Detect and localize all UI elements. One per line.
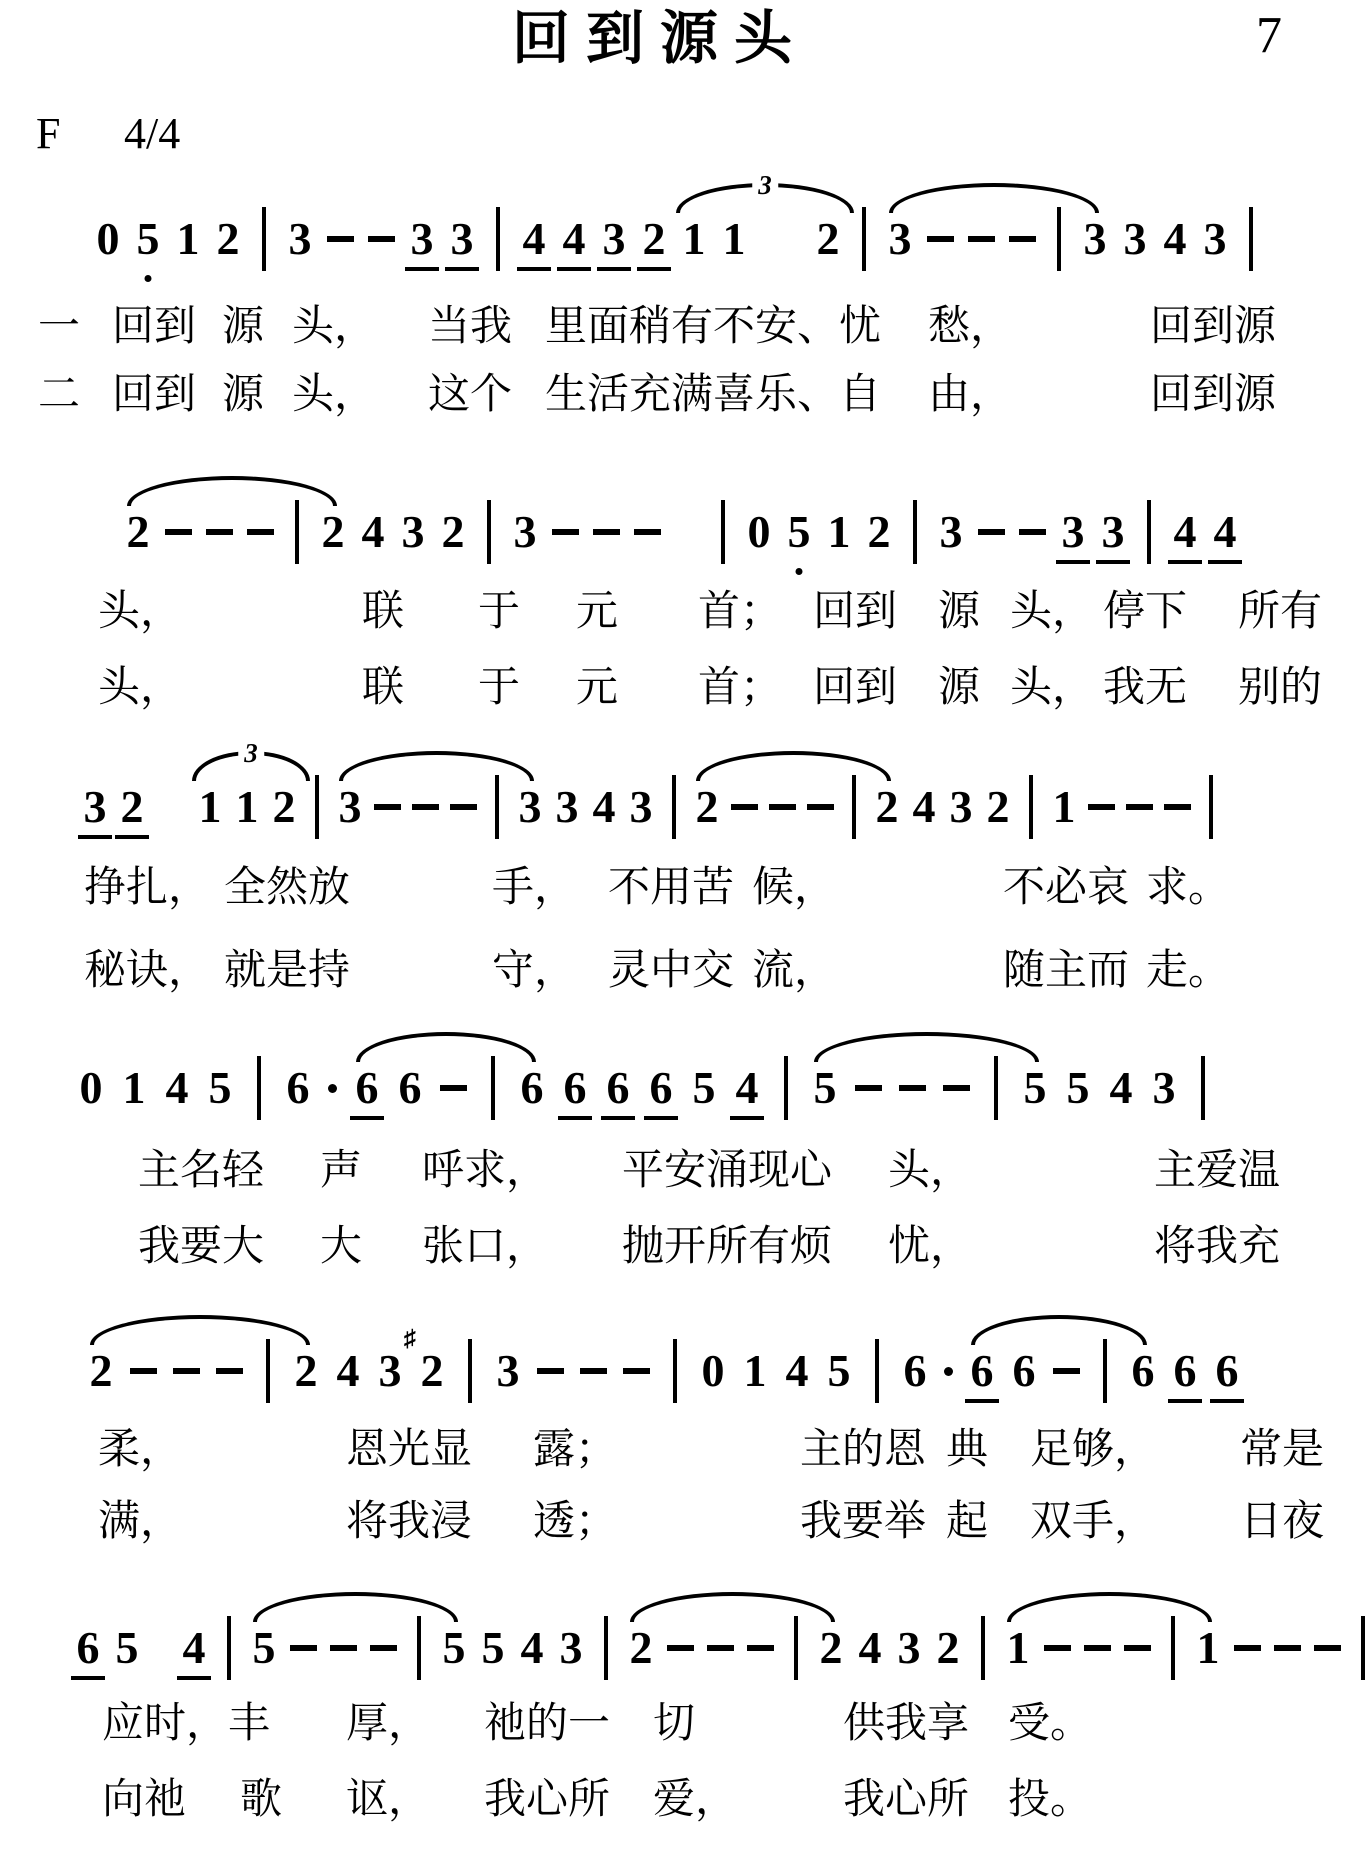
dash-sustain: [330, 1645, 357, 1651]
dash-sustain: [807, 804, 834, 810]
lyric-segment: 歌: [240, 1776, 282, 1824]
tie-arc: [90, 1315, 310, 1345]
lyric-segment: 头，: [292, 303, 376, 351]
note: 3: [512, 506, 538, 558]
barline: [1171, 1616, 1175, 1680]
barline: [1249, 207, 1253, 271]
lyric-segment: 守，: [492, 947, 576, 995]
lyric-segment: 声: [320, 1147, 362, 1195]
note: 1: [121, 1062, 147, 1114]
note: 3: [449, 213, 475, 265]
dash-sustain: [747, 1645, 774, 1651]
lyric-segment: 源: [222, 371, 264, 419]
barline: [784, 1056, 788, 1120]
note: 2: [985, 781, 1011, 833]
lyric-segment: 所有: [1238, 588, 1322, 636]
note: 6: [519, 1062, 545, 1114]
dash-sustain: [623, 1368, 650, 1374]
spacer: [761, 239, 801, 240]
note: 5: [786, 506, 812, 558]
notation-line-2: 224323051233344: [125, 506, 1238, 558]
note: 1: [1051, 781, 1077, 833]
lyric-segment: 愁，: [928, 303, 1012, 351]
lyric-segment: 就是持: [224, 947, 350, 995]
dash-sustain: [943, 1085, 970, 1091]
note: 2: [694, 781, 720, 833]
note: 0: [746, 506, 772, 558]
note: 3: [1202, 213, 1228, 265]
lyric-segment: 头，: [1010, 588, 1094, 636]
dash-sustain: [580, 1368, 607, 1374]
tie-arc: [1007, 1592, 1212, 1622]
lyric-segment: 起: [946, 1498, 988, 1546]
barline: [1201, 1056, 1205, 1120]
note: 3: [601, 213, 627, 265]
note: 3: [938, 506, 964, 558]
lyric-segment: 我心所: [484, 1776, 610, 1824]
note: 3: [409, 213, 435, 265]
lyric-segment: 将我浸: [346, 1498, 472, 1546]
dash-sustain: [731, 804, 758, 810]
lyric-segment: 柔，: [98, 1426, 182, 1474]
note: 5: [691, 1062, 717, 1114]
lyric-line-2-verse-2: 头，联于元首；回到源头，我无别的: [0, 664, 1365, 716]
lyric-line-5-verse-1: 柔，恩光显露；主的恩典足够，常是: [0, 1426, 1365, 1478]
note: 4: [164, 1062, 190, 1114]
note: 3: [628, 781, 654, 833]
lyric-line-4-verse-1: 主名轻声呼求，平安涌现心头，主爱温: [0, 1147, 1365, 1199]
lyric-segment: 源: [938, 588, 980, 636]
note: 0: [700, 1345, 726, 1397]
key-signature: F: [36, 112, 60, 156]
note: 5: [207, 1062, 233, 1114]
dash-sustain: [552, 529, 579, 535]
note: 5: [480, 1622, 506, 1674]
lyric-segment: 双手，: [1030, 1498, 1156, 1546]
note: 6: [1172, 1345, 1198, 1397]
barline: [1103, 1339, 1107, 1403]
dash-sustain: [978, 529, 1005, 535]
lyric-segment: 停下: [1103, 588, 1187, 636]
lyric-segment: 我心所: [843, 1776, 969, 1824]
note: 5: [114, 1622, 140, 1674]
note: 4: [734, 1062, 760, 1114]
dash-sustain: [206, 529, 233, 535]
triplet-number: 3: [238, 740, 264, 767]
lyric-segment: 挣扎，: [84, 864, 210, 912]
barline: [862, 207, 866, 271]
lyric-segment: 应时，丰: [102, 1700, 270, 1748]
note: 2: [119, 781, 145, 833]
note: 0: [78, 1062, 104, 1114]
note: 1: [197, 781, 223, 833]
note: 1: [1195, 1622, 1221, 1674]
note: 2: [628, 1622, 654, 1674]
note: 2: [935, 1622, 961, 1674]
dash-sustain: [327, 236, 354, 242]
notation-line-6: 654555432243211: [75, 1622, 1365, 1674]
note: 4: [1162, 213, 1188, 265]
dash-sustain: [1019, 529, 1046, 535]
dash-sustain: [370, 1645, 397, 1651]
note: 2: [125, 506, 151, 558]
lyric-segment: 回到: [813, 664, 897, 712]
barline: [495, 775, 499, 839]
lyric-line-3-verse-2: 秘诀，就是持守，灵中交流，随主而走。: [0, 947, 1365, 999]
note: 4: [360, 506, 386, 558]
note: 6: [605, 1062, 631, 1114]
dash-sustain: [927, 236, 954, 242]
lyric-segment: 流，: [752, 947, 836, 995]
lyric-segment: 回到源: [1150, 371, 1276, 419]
notation-line-5: 22432♯30145666666: [88, 1345, 1240, 1397]
note: 3: [1060, 506, 1086, 558]
note: 6: [75, 1622, 101, 1674]
note: 4: [335, 1345, 361, 1397]
lyric-segment: 平安涌现心: [622, 1147, 832, 1195]
lyric-segment: 头，: [98, 588, 182, 636]
note: 6: [1214, 1345, 1240, 1397]
lyric-segment: 源: [938, 664, 980, 712]
dash-sustain: [1234, 1645, 1261, 1651]
note: 2: [866, 506, 892, 558]
barline: [468, 1339, 472, 1403]
dash-sustain: [1053, 1368, 1080, 1374]
note: 4: [561, 213, 587, 265]
note: 5: [1065, 1062, 1091, 1114]
lyric-segment: 透；: [533, 1498, 617, 1546]
dash-sustain: [1084, 1645, 1111, 1651]
note: 4: [911, 781, 937, 833]
lyric-segment: 候，: [752, 864, 836, 912]
lyric-segment: 头，: [888, 1147, 972, 1195]
lyric-segment: 走。: [1146, 947, 1230, 995]
dash-sustain: [1314, 1645, 1341, 1651]
lyric-segment: 供我享: [843, 1700, 969, 1748]
note: 6: [1011, 1345, 1037, 1397]
lyric-line-3-verse-1: 挣扎，全然放手，不用苦候，不必哀求。: [0, 864, 1365, 916]
dash-sustain: [450, 804, 477, 810]
song-title: 回到源头: [0, 6, 1320, 73]
note: 4: [591, 781, 617, 833]
page-number: 7: [1256, 10, 1282, 62]
note: 4: [1108, 1062, 1134, 1114]
dash-sustain: [290, 1645, 317, 1651]
barline: [981, 1616, 985, 1680]
lyric-segment: 回到: [112, 371, 196, 419]
lyric-segment: 元: [576, 588, 618, 636]
note: 2: [293, 1345, 319, 1397]
dash-sustain: [769, 804, 796, 810]
lyric-segment: 头，: [98, 664, 182, 712]
note: 6: [354, 1062, 380, 1114]
lyric-segment: 忧，: [888, 1223, 972, 1271]
dash-sustain: [1274, 1645, 1301, 1651]
time-signature: 4/4: [124, 112, 180, 156]
lyric-segment: 恩光显: [346, 1426, 472, 1474]
barline: [1209, 775, 1213, 839]
note: 6: [648, 1062, 674, 1114]
note: 3: [948, 781, 974, 833]
note: 3: [1100, 506, 1126, 558]
dash-sustain: [368, 236, 395, 242]
lyric-segment: 回到: [112, 303, 196, 351]
tie-arc: [339, 751, 534, 781]
note: 3: [400, 506, 426, 558]
note: 1: [826, 506, 852, 558]
note: 6: [969, 1345, 995, 1397]
barline: [496, 207, 500, 271]
lyric-segment: 全然放: [224, 864, 350, 912]
note: 2: [320, 506, 346, 558]
spacer: [153, 1648, 168, 1649]
lyric-segment: 求。: [1146, 864, 1230, 912]
note: 3: [896, 1622, 922, 1674]
note: 1: [234, 781, 260, 833]
lyric-segment: 常是: [1240, 1426, 1324, 1474]
lyric-segment: 里面稍有不安、忧: [545, 303, 881, 351]
notation-line-1: 05123334432112333433: [95, 213, 1260, 265]
note: 5: [135, 213, 161, 265]
final-barline: [1361, 1616, 1365, 1680]
tie-arc: [696, 751, 891, 781]
lyric-line-5-verse-2: 满，将我浸透；我要举起双手，日夜: [0, 1498, 1365, 1550]
note: 3: [558, 1622, 584, 1674]
sharp-icon: ♯: [404, 1327, 416, 1351]
note: 3: [82, 781, 108, 833]
dash-sustain: [968, 236, 995, 242]
lyric-segment: 不用苦: [608, 864, 734, 912]
lyric-segment: 手，: [492, 864, 576, 912]
note: 3: [887, 213, 913, 265]
lyric-segment: 张口，: [422, 1223, 548, 1271]
dash-sustain: [1088, 804, 1115, 810]
note: 5: [812, 1062, 838, 1114]
lyric-segment: 爱，: [653, 1776, 737, 1824]
barline: [875, 1339, 879, 1403]
lyric-segment: 秘诀，: [84, 947, 210, 995]
lyric-line-6-verse-2: 向祂歌讴，我心所爱，我心所投。: [0, 1776, 1365, 1828]
dash-sustain: [1009, 236, 1036, 242]
dash-sustain: [374, 804, 401, 810]
note: 6: [397, 1062, 423, 1114]
barline: [487, 500, 491, 564]
dash-sustain: [247, 529, 274, 535]
note: 3: [1082, 213, 1108, 265]
note: 2: [641, 213, 667, 265]
lyric-segment: 厚，: [346, 1700, 430, 1748]
lyric-segment: 将我充: [1154, 1223, 1280, 1271]
lyric-segment: 日夜: [1240, 1498, 1324, 1546]
barline: [257, 1056, 261, 1120]
dash-sustain: [130, 1368, 157, 1374]
dash-sustain: [412, 804, 439, 810]
note: 2♯: [419, 1345, 445, 1397]
lyric-segment: 首；: [698, 588, 782, 636]
dash-sustain: [707, 1645, 734, 1651]
spacer: [156, 807, 186, 808]
dash-sustain: [440, 1085, 467, 1091]
lyric-segment: 回到源: [1150, 303, 1276, 351]
tie-arc: [356, 1032, 536, 1062]
dash-sustain: [1124, 1645, 1151, 1651]
barline: [794, 1616, 798, 1680]
lyric-line-6-verse-1: 应时，丰厚，祂的一切供我享受。: [0, 1700, 1365, 1752]
note: 4: [857, 1622, 883, 1674]
lyric-segment: 呼求，: [422, 1147, 548, 1195]
barline: [672, 775, 676, 839]
barline: [262, 207, 266, 271]
lyric-segment: 这个: [428, 371, 512, 419]
lyric-segment: 回到: [813, 588, 897, 636]
note: 1: [681, 213, 707, 265]
barline: [417, 1616, 421, 1680]
lyric-line-1-verse-1: 一回到源头，当我里面稍有不安、忧愁，回到源: [0, 303, 1365, 355]
spacer: [675, 532, 700, 533]
lyric-segment: 向祂: [102, 1776, 186, 1824]
note: 1: [175, 213, 201, 265]
barline: [1147, 500, 1151, 564]
lyric-segment: 元: [576, 664, 618, 712]
lyric-segment: 头，: [292, 371, 376, 419]
tie-arc: [971, 1315, 1147, 1345]
note: 2: [215, 213, 241, 265]
dash-sustain: [165, 529, 192, 535]
lyric-segment: 灵中交: [608, 947, 734, 995]
lyric-line-2-verse-1: 头，联于元首；回到源头，停下所有: [0, 588, 1365, 640]
note: 4: [784, 1345, 810, 1397]
note: 2: [815, 213, 841, 265]
dash-sustain: [1126, 804, 1153, 810]
note: 1: [1005, 1622, 1031, 1674]
lyric-segment: 主爱温: [1154, 1147, 1280, 1195]
note: 2: [818, 1622, 844, 1674]
barline: [1057, 207, 1061, 271]
note: 0: [95, 213, 121, 265]
dash-sustain: [855, 1085, 882, 1091]
note: 5: [1022, 1062, 1048, 1114]
lyric-segment: 生活充满喜乐、自: [545, 371, 881, 419]
note: 2: [271, 781, 297, 833]
tie-arc: [127, 476, 337, 506]
lyric-segment: 我要大: [138, 1223, 264, 1271]
barline: [1029, 775, 1033, 839]
note: 5: [251, 1622, 277, 1674]
lyric-segment: 主的恩: [800, 1426, 926, 1474]
note: 3: [1122, 213, 1148, 265]
lyric-segment: 头，: [1010, 664, 1094, 712]
barline: [852, 775, 856, 839]
triplet-number: 3: [752, 172, 778, 199]
lyric-segment: 祂的一: [484, 1700, 610, 1748]
barline: [266, 1339, 270, 1403]
note: 4: [1172, 506, 1198, 558]
lyric-segment: 不必哀: [1003, 864, 1129, 912]
note: 3: [554, 781, 580, 833]
lyric-segment: 大: [320, 1223, 362, 1271]
tie-arc: [814, 1032, 1039, 1062]
dash-sustain: [216, 1368, 243, 1374]
note: 4: [181, 1622, 207, 1674]
triplet-arc: 3: [676, 183, 854, 213]
note: 3: [337, 781, 363, 833]
lyric-line-1-verse-2: 二回到源头，这个生活充满喜乐、自由，回到源: [0, 371, 1365, 423]
lyric-segment: 源: [222, 303, 264, 351]
tie-arc: [630, 1592, 835, 1622]
notation-line-4: 014566666665455543: [78, 1062, 1212, 1114]
lyric-segment: 一: [38, 303, 80, 351]
lyric-line-4-verse-2: 我要大大张口，抛开所有烦忧，将我充: [0, 1223, 1365, 1275]
sheet-page: 回到源头 7 F 4/4 05123334432112333433一回到源头，当…: [0, 0, 1365, 1865]
lyric-segment: 联: [362, 588, 404, 636]
lyric-segment: 随主而: [1003, 947, 1129, 995]
note: 5: [441, 1622, 467, 1674]
augmentation-dot-icon: [328, 1084, 337, 1093]
lyric-segment: 投。: [1008, 1776, 1092, 1824]
dash-sustain: [593, 529, 620, 535]
lyric-segment: 于: [478, 588, 520, 636]
dash-sustain: [537, 1368, 564, 1374]
lyric-segment: 典: [946, 1426, 988, 1474]
lyric-segment: 别的: [1238, 664, 1322, 712]
dash-sustain: [667, 1645, 694, 1651]
lyric-segment: 主名轻: [138, 1147, 264, 1195]
tie-arc: [889, 183, 1099, 213]
note: 6: [1130, 1345, 1156, 1397]
barline: [913, 500, 917, 564]
note: 4: [521, 213, 547, 265]
barline: [721, 500, 725, 564]
note: 2: [440, 506, 466, 558]
notation-line-3: 32112333432243213: [82, 781, 1220, 833]
lyric-segment: 二: [38, 371, 80, 419]
lyric-segment: 由，: [928, 371, 1012, 419]
dash-sustain: [1164, 804, 1191, 810]
note: 6: [562, 1062, 588, 1114]
lyric-segment: 讴，: [346, 1776, 430, 1824]
lyric-segment: 抛开所有烦: [622, 1223, 832, 1271]
note: 6: [285, 1062, 311, 1114]
lyric-segment: 露；: [533, 1426, 617, 1474]
barline: [994, 1056, 998, 1120]
note: 2: [88, 1345, 114, 1397]
lyric-segment: 首；: [698, 664, 782, 712]
note: 2: [874, 781, 900, 833]
note: 6: [902, 1345, 928, 1397]
note: 4: [1212, 506, 1238, 558]
lyric-segment: 我要举: [800, 1498, 926, 1546]
lyric-segment: 联: [362, 664, 404, 712]
note: 5: [826, 1345, 852, 1397]
barline: [315, 775, 319, 839]
barline: [295, 500, 299, 564]
note: 3: [1151, 1062, 1177, 1114]
dash-sustain: [634, 529, 661, 535]
lyric-segment: 当我: [428, 303, 512, 351]
note: 3: [287, 213, 313, 265]
augmentation-dot-icon: [944, 1367, 953, 1376]
lyric-segment: 受。: [1008, 1700, 1092, 1748]
lyric-segment: 足够，: [1030, 1426, 1156, 1474]
note: 4: [519, 1622, 545, 1674]
dash-sustain: [173, 1368, 200, 1374]
lyric-segment: 于: [478, 664, 520, 712]
tie-arc: [253, 1592, 458, 1622]
note: 3: [517, 781, 543, 833]
barline: [673, 1339, 677, 1403]
triplet-arc: 3: [192, 751, 310, 781]
note: 3: [495, 1345, 521, 1397]
